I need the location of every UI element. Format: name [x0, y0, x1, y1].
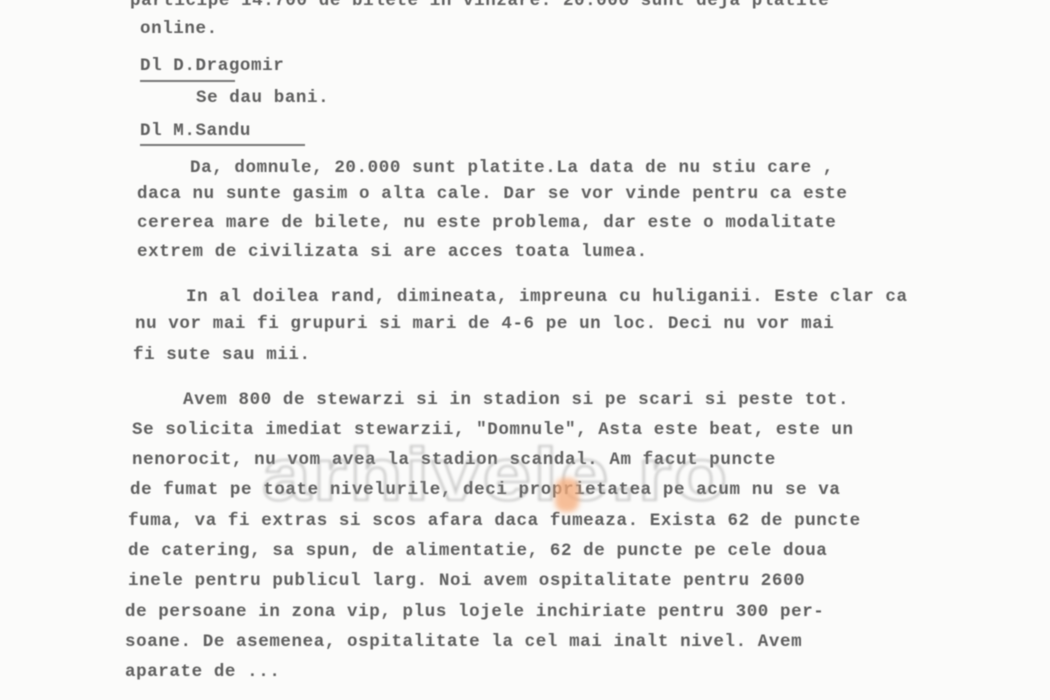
- text-line: daca nu sunte gasim o alta cale. Dar se …: [137, 184, 848, 204]
- text-line: Se solicita imediat stewarzii, "Domnule"…: [132, 420, 854, 440]
- text-line: online.: [140, 19, 218, 39]
- text-line: aparate de ...: [125, 662, 280, 682]
- text-line: de catering, sa spun, de alimentatie, 62…: [128, 541, 827, 561]
- speaker-name: Dl D.Dragomir: [140, 56, 284, 76]
- speaker-name: Dl M.Sandu: [140, 121, 251, 141]
- text-line: inele pentru publicul larg. Noi avem osp…: [128, 571, 805, 591]
- speaker-underline: [140, 144, 305, 146]
- text-line: Da, domnule, 20.000 sunt platite.La data…: [190, 158, 834, 178]
- text-line: cererea mare de bilete, nu este problema…: [137, 213, 836, 233]
- typewritten-document-page: participe 14.700 de bilete in vinzare. 2…: [0, 0, 1050, 700]
- text-line: In al doilea rand, dimineata, impreuna c…: [186, 287, 908, 307]
- text-line: soane. De asemenea, ospitalitate la cel …: [125, 632, 802, 652]
- text-line: de persoane in zona vip, plus lojele inc…: [125, 602, 824, 622]
- text-line: fi sute sau mii.: [133, 345, 311, 365]
- text-line: de fumat pe toate nivelurile, deci propr…: [130, 480, 841, 500]
- text-line: extrem de civilizata si are acces toata …: [137, 242, 648, 262]
- watermark-dot-icon: [555, 478, 579, 512]
- text-line: Avem 800 de stewarzi si in stadion si pe…: [183, 390, 849, 410]
- text-line: fuma, va fi extras si scos afara daca fu…: [128, 511, 861, 531]
- text-line: Se dau bani.: [196, 88, 329, 108]
- text-line: participe 14.700 de bilete in vinzare. 2…: [130, 0, 829, 11]
- text-line: nu vor mai fi grupuri si mari de 4-6 pe …: [135, 314, 834, 334]
- speaker-underline: [140, 80, 235, 82]
- text-line: nenorocit, nu vom avea la stadion scanda…: [132, 450, 776, 470]
